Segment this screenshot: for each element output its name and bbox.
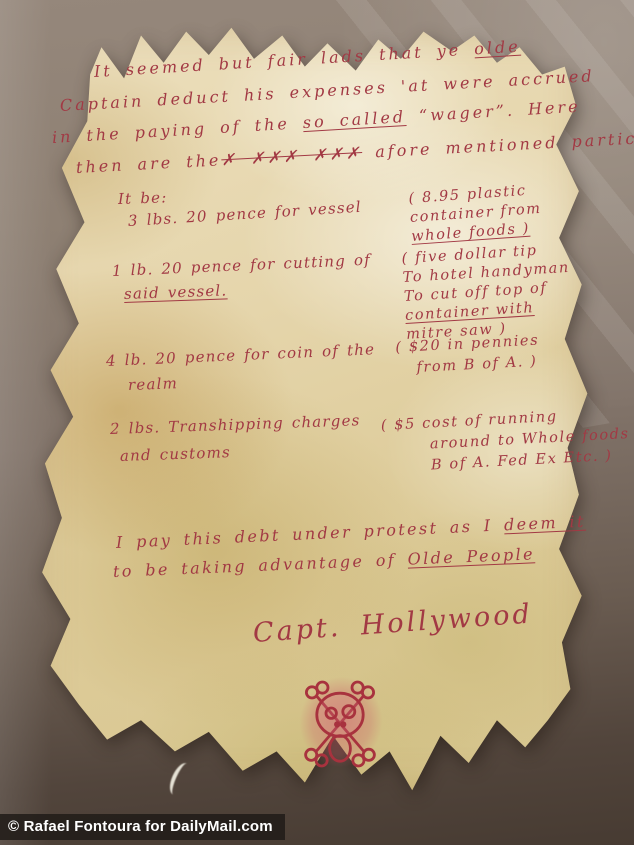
ledger-item-3-note: ( $20 in pennies from B of A. )	[395, 330, 541, 379]
skull-crossbones-stamp-icon	[300, 670, 380, 770]
framed-letter-photo: It seemed but fair lads that ye olde Cap…	[0, 0, 634, 845]
signature: Capt. Hollywood	[252, 598, 534, 648]
ledger-item-3-line1: 4 lb. 20 pence for coin of the	[106, 340, 376, 370]
letter-text: then are the	[76, 150, 222, 177]
letter-text: in the paying of the	[51, 113, 303, 147]
list-header: It be:	[118, 188, 168, 208]
letter-text-underlined: olde	[474, 37, 522, 59]
letter-text: to be taking advantage of	[113, 550, 408, 581]
ledger-item-4-line1: 2 lbs. Transhipping charges	[110, 411, 361, 438]
letter-text-underlined: deem it	[504, 512, 587, 535]
letter-text: afore mentioned particulars.	[362, 125, 634, 162]
letter-text: It seemed but fair lads that ye	[93, 39, 474, 81]
letter-text-underlined: Olde People	[407, 544, 535, 568]
photo-credit: © Rafael Fontoura for DailyMail.com	[0, 814, 285, 840]
letter-text: I pay this debt under protest as I	[116, 515, 505, 552]
letter-text-underlined: so called	[302, 107, 406, 132]
ledger-item-2-note: ( five dollar tip To hotel handyman To c…	[401, 240, 574, 345]
ledger-item-2-line1: 1 lb. 20 pence for cutting of	[112, 251, 372, 280]
letter-line: to be taking advantage of Olde People	[113, 544, 536, 581]
ledger-item-3-line2: realm	[128, 374, 179, 394]
ledger-item-1-note: ( 8.95 plastic container from whole food…	[408, 181, 544, 247]
ledger-item-4-note: ( $5 cost of running around to Whole foo…	[380, 403, 631, 479]
letter-text: “wager”. Here	[405, 97, 581, 126]
letter-text-crossed-out: ✗ ✗✗✗ ✗✗✗	[221, 143, 363, 169]
ledger-item-2-line2: said vessel.	[124, 281, 228, 303]
ledger-item-4-line2: and customs	[120, 443, 231, 465]
